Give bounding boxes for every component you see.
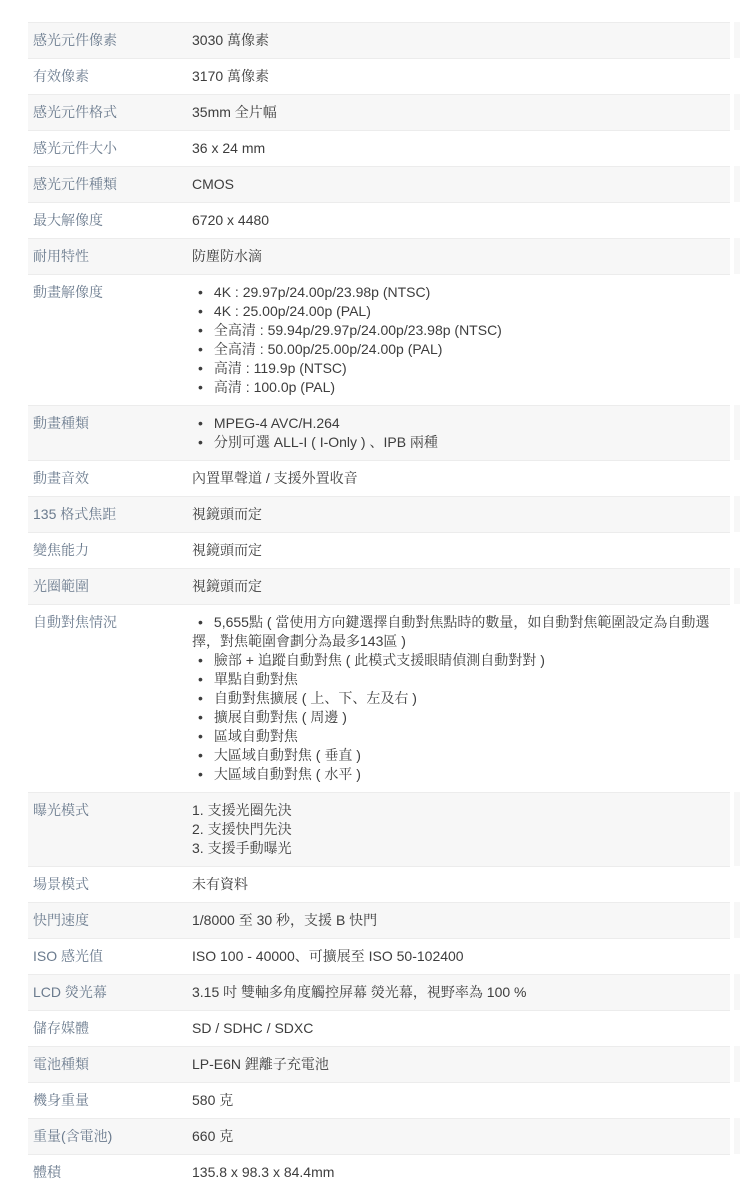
spec-bullet-item: 4K : 29.97p/24.00p/23.98p (NTSC) [192, 283, 720, 302]
spec-value: 36 x 24 mm [192, 139, 730, 158]
spec-value: 3030 萬像素 [192, 31, 730, 50]
spec-row: 場景模式 未有資料 [28, 866, 730, 902]
spec-value: 135.8 x 98.3 x 84.4mm [192, 1163, 730, 1182]
spec-bullet-item: 大區域自動對焦 ( 水平 ) [192, 765, 720, 784]
spec-value: 1/8000 至 30 秒，支援 B 快門 [192, 911, 730, 930]
spec-bullet-item: 高清 : 100.0p (PAL) [192, 378, 720, 397]
spec-value: 未有資料 [192, 875, 730, 894]
spec-value: 3170 萬像素 [192, 67, 730, 86]
spec-value-line: 2. 支援快門先決 [192, 820, 720, 839]
spec-bullet-item: 臉部 + 追蹤自動對焦 ( 此模式支援眼睛偵測自動對對 ) [192, 651, 720, 670]
spec-bullet-item: 大區域自動對焦 ( 垂直 ) [192, 746, 720, 765]
spec-bullet-item: 高清 : 119.9p (NTSC) [192, 359, 720, 378]
spec-row: ISO 感光值 ISO 100 - 40000、可擴展至 ISO 50-1024… [28, 938, 730, 974]
spec-label: ISO 感光值 [28, 947, 192, 966]
spec-value: MPEG-4 AVC/H.264分別可選 ALL-I ( I-Only ) 、I… [192, 414, 730, 452]
spec-value: CMOS [192, 175, 730, 194]
spec-value-text: 3030 萬像素 [192, 31, 720, 50]
spec-bullet-item: 4K : 25.00p/24.00p (PAL) [192, 302, 720, 321]
spec-value: 視鏡頭而定 [192, 577, 730, 596]
spec-value-text: 36 x 24 mm [192, 139, 720, 158]
spec-label: 場景模式 [28, 875, 192, 894]
spec-row: 動畫音效 內置單聲道 / 支援外置收音 [28, 460, 730, 496]
spec-label: 快門速度 [28, 911, 192, 930]
spec-row: 自動對焦情況 5,655點 ( 當使用方向鍵選擇自動對焦點時的數量，如自動對焦範… [28, 604, 730, 792]
spec-value: SD / SDHC / SDXC [192, 1019, 730, 1038]
spec-label: 自動對焦情況 [28, 613, 192, 632]
spec-label: 感光元件格式 [28, 103, 192, 122]
spec-bullet-item: 全高清 : 59.94p/29.97p/24.00p/23.98p (NTSC) [192, 321, 720, 340]
spec-bullet-item: 單點自動對焦 [192, 670, 720, 689]
spec-bullet-list: MPEG-4 AVC/H.264分別可選 ALL-I ( I-Only ) 、I… [192, 414, 720, 452]
spec-value-text: 3.15 吋 雙軸多角度觸控屏幕 熒光幕，視野率為 100 % [192, 983, 720, 1002]
spec-row: 感光元件大小 36 x 24 mm [28, 130, 730, 166]
spec-label: 光圈範圍 [28, 577, 192, 596]
spec-row: 機身重量 580 克 [28, 1082, 730, 1118]
spec-label: 變焦能力 [28, 541, 192, 560]
spec-row: 有效像素 3170 萬像素 [28, 58, 730, 94]
spec-label: LCD 熒光幕 [28, 983, 192, 1002]
spec-value: 防塵防水滴 [192, 247, 730, 266]
spec-value-text: 1/8000 至 30 秒，支援 B 快門 [192, 911, 720, 930]
spec-bullet-item: 全高清 : 50.00p/25.00p/24.00p (PAL) [192, 340, 720, 359]
spec-row: 動畫種類 MPEG-4 AVC/H.264分別可選 ALL-I ( I-Only… [28, 405, 730, 460]
spec-value: 4K : 29.97p/24.00p/23.98p (NTSC)4K : 25.… [192, 283, 730, 397]
spec-value: 5,655點 ( 當使用方向鍵選擇自動對焦點時的數量，如自動對焦範圍設定為自動選… [192, 613, 730, 784]
spec-row: 感光元件像素 3030 萬像素 [28, 22, 730, 58]
spec-label: 動畫解像度 [28, 283, 192, 302]
spec-value: 1. 支援光圈先決2. 支援快門先決3. 支援手動曝光 [192, 801, 730, 858]
spec-value-text: 防塵防水滴 [192, 247, 720, 266]
spec-value-line: 3. 支援手動曝光 [192, 839, 720, 858]
spec-row: 動畫解像度 4K : 29.97p/24.00p/23.98p (NTSC)4K… [28, 274, 730, 405]
spec-row: 感光元件格式 35mm 全片幅 [28, 94, 730, 130]
spec-row: 感光元件種類 CMOS [28, 166, 730, 202]
spec-row: LCD 熒光幕 3.15 吋 雙軸多角度觸控屏幕 熒光幕，視野率為 100 % [28, 974, 730, 1010]
spec-row: 光圈範圍 視鏡頭而定 [28, 568, 730, 604]
spec-row: 變焦能力 視鏡頭而定 [28, 532, 730, 568]
spec-row: 重量(含電池) 660 克 [28, 1118, 730, 1154]
spec-value-text: 未有資料 [192, 875, 720, 894]
spec-value-text: 135.8 x 98.3 x 84.4mm [192, 1163, 720, 1182]
spec-label: 重量(含電池) [28, 1127, 192, 1146]
spec-value-text: LP-E6N 鋰離子充電池 [192, 1055, 720, 1074]
spec-value-text: 內置單聲道 / 支援外置收音 [192, 469, 720, 488]
spec-value: LP-E6N 鋰離子充電池 [192, 1055, 730, 1074]
spec-bullet-item: MPEG-4 AVC/H.264 [192, 414, 720, 433]
spec-row: 135 格式焦距 視鏡頭而定 [28, 496, 730, 532]
spec-value: ISO 100 - 40000、可擴展至 ISO 50-102400 [192, 947, 730, 966]
spec-value-text: SD / SDHC / SDXC [192, 1019, 720, 1038]
spec-bullet-list: 4K : 29.97p/24.00p/23.98p (NTSC)4K : 25.… [192, 283, 720, 397]
spec-label: 感光元件像素 [28, 31, 192, 50]
spec-row: 儲存媒體 SD / SDHC / SDXC [28, 1010, 730, 1046]
spec-value: 35mm 全片幅 [192, 103, 730, 122]
spec-value-text: CMOS [192, 175, 720, 194]
spec-row: 體積 135.8 x 98.3 x 84.4mm [28, 1154, 730, 1190]
spec-value-text: 35mm 全片幅 [192, 103, 720, 122]
spec-bullet-item: 5,655點 ( 當使用方向鍵選擇自動對焦點時的數量，如自動對焦範圍設定為自動選… [192, 613, 720, 651]
spec-label: 動畫種類 [28, 414, 192, 433]
spec-label: 電池種類 [28, 1055, 192, 1074]
spec-label: 感光元件種類 [28, 175, 192, 194]
spec-label: 曝光模式 [28, 801, 192, 820]
spec-value-text: ISO 100 - 40000、可擴展至 ISO 50-102400 [192, 947, 720, 966]
spec-value-text: 視鏡頭而定 [192, 541, 720, 560]
spec-bullet-item: 自動對焦擴展 ( 上、下、左及右 ) [192, 689, 720, 708]
spec-label: 135 格式焦距 [28, 505, 192, 524]
spec-label: 感光元件大小 [28, 139, 192, 158]
spec-value: 視鏡頭而定 [192, 505, 730, 524]
spec-value-line: 1. 支援光圈先決 [192, 801, 720, 820]
spec-value-text: 6720 x 4480 [192, 211, 720, 230]
spec-value: 視鏡頭而定 [192, 541, 730, 560]
spec-label: 有效像素 [28, 67, 192, 86]
spec-row: 耐用特性 防塵防水滴 [28, 238, 730, 274]
spec-label: 最大解像度 [28, 211, 192, 230]
spec-value: 580 克 [192, 1091, 730, 1110]
spec-label: 體積 [28, 1163, 192, 1182]
spec-label: 儲存媒體 [28, 1019, 192, 1038]
spec-row: 曝光模式 1. 支援光圈先決2. 支援快門先決3. 支援手動曝光 [28, 792, 730, 866]
spec-row: 電池種類 LP-E6N 鋰離子充電池 [28, 1046, 730, 1082]
spec-bullet-list: 5,655點 ( 當使用方向鍵選擇自動對焦點時的數量，如自動對焦範圍設定為自動選… [192, 613, 720, 784]
spec-label: 動畫音效 [28, 469, 192, 488]
spec-bullet-item: 分別可選 ALL-I ( I-Only ) 、IPB 兩種 [192, 433, 720, 452]
spec-value: 660 克 [192, 1127, 730, 1146]
spec-value: 3.15 吋 雙軸多角度觸控屏幕 熒光幕，視野率為 100 % [192, 983, 730, 1002]
spec-row: 最大解像度 6720 x 4480 [28, 202, 730, 238]
spec-label: 機身重量 [28, 1091, 192, 1110]
spec-label: 耐用特性 [28, 247, 192, 266]
spec-value-text: 580 克 [192, 1091, 720, 1110]
spec-row: 快門速度 1/8000 至 30 秒，支援 B 快門 [28, 902, 730, 938]
spec-value: 內置單聲道 / 支援外置收音 [192, 469, 730, 488]
spec-bullet-item: 擴展自動對焦 ( 周邊 ) [192, 708, 720, 727]
spec-value-text: 3170 萬像素 [192, 67, 720, 86]
spec-value-text: 660 克 [192, 1127, 720, 1146]
spec-bullet-item: 區域自動對焦 [192, 727, 720, 746]
spec-value: 6720 x 4480 [192, 211, 730, 230]
camera-spec-table: 感光元件像素 3030 萬像素 有效像素 3170 萬像素 感光元件格式 35m… [28, 22, 730, 1190]
spec-value-text: 視鏡頭而定 [192, 577, 720, 596]
spec-value-text: 視鏡頭而定 [192, 505, 720, 524]
